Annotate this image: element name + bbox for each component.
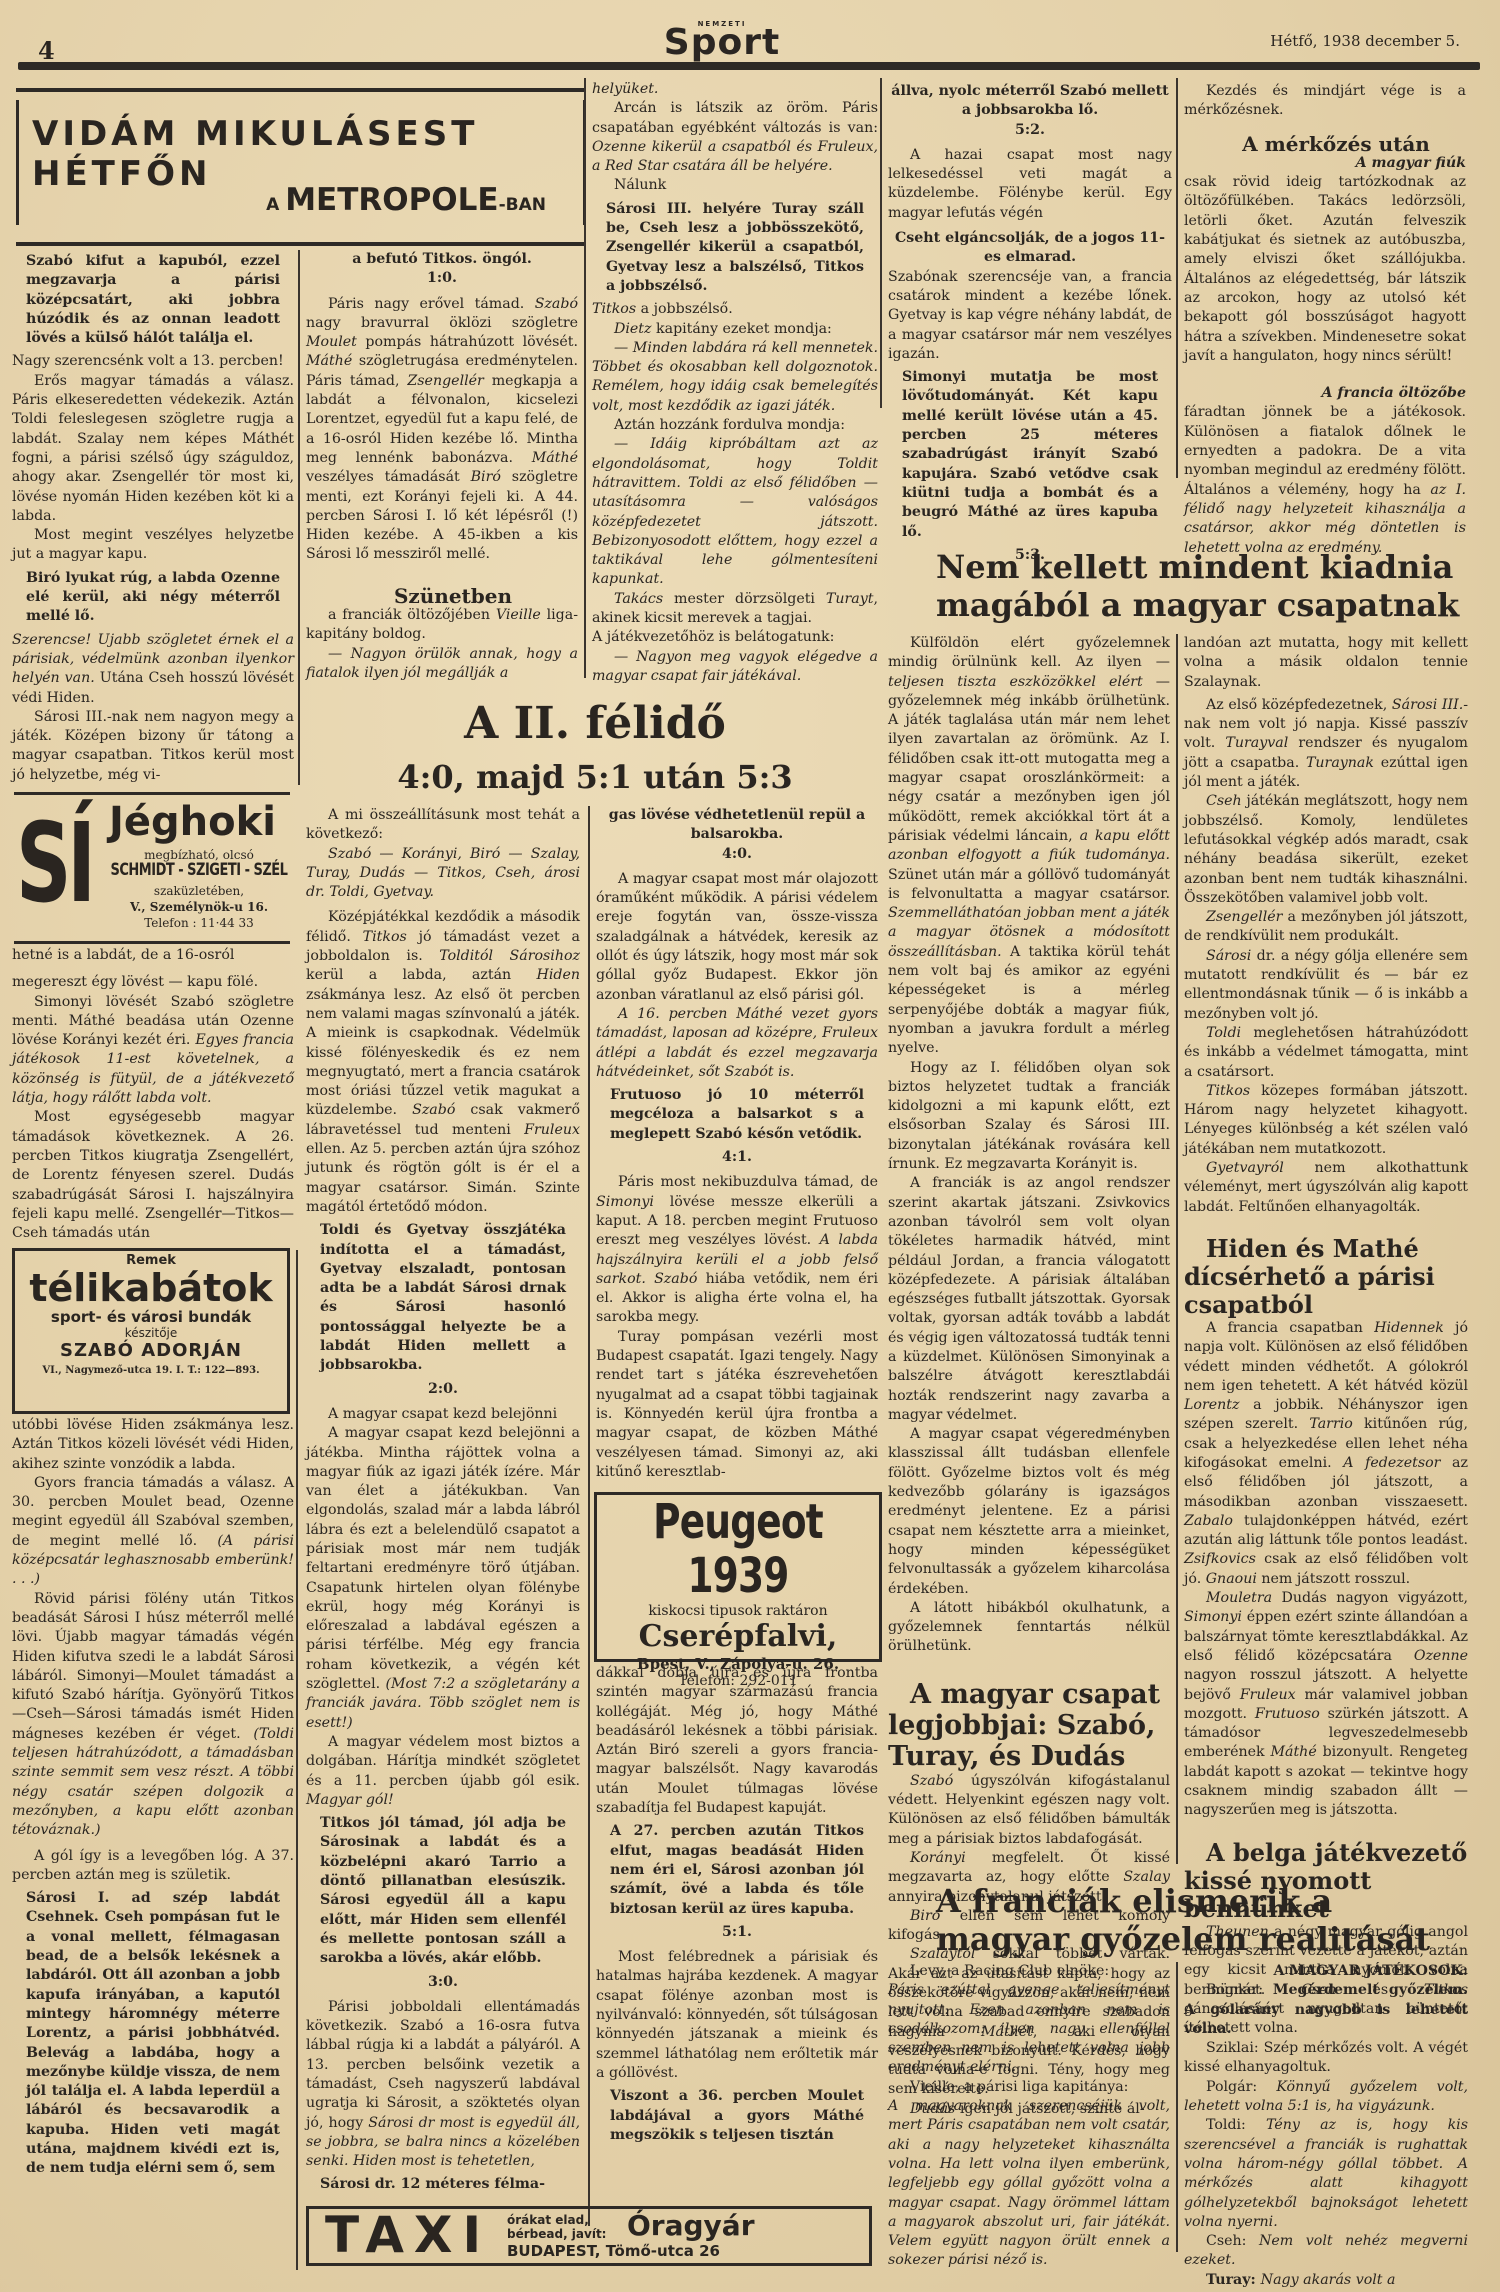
paragraph: megereszt égy lövést — kapu fölé. [12, 973, 294, 992]
paragraph: Rövid párisi fölény után Titkos beadását… [12, 1590, 294, 1841]
highlight-paragraph: Viszont a 36. percben Moulet labdájával … [596, 2083, 878, 2149]
paragraph: Toldi meglehetősen hátrahúzódott és inká… [1184, 1024, 1468, 1082]
highlight-paragraph: Simonyi mutatja be most lövőtudományát. … [888, 364, 1172, 546]
paragraph: Külföldön elért győzelemnek mindig örüln… [888, 634, 1170, 1059]
paragraph: A magyar csapat kezd belejönni a játékba… [306, 1424, 580, 1733]
paragraph: A magyar csapat végeredményben klassziss… [888, 1425, 1170, 1599]
paragraph: Hogy az I. félidőben olyan sok biztos he… [888, 1059, 1170, 1175]
column-3: helyüket. Arcán is látszik az öröm. Pári… [592, 80, 878, 686]
column-divider [1176, 1962, 1178, 2252]
paragraph: A 16. percben Máthé vezet gyors támadást… [596, 1005, 878, 1082]
column-divider [588, 806, 590, 2226]
quote: Turay: Nagy akarás volt a [1184, 2271, 1468, 2290]
taxi-ad-text: órákat elad,bérbead, javít: [507, 2213, 606, 2241]
column-divider [1176, 78, 1178, 478]
score: 2:0. [306, 1380, 580, 1399]
ski-big-letters: SÍ [16, 803, 92, 923]
paragraph: Takács mester dörzsölgeti Turayt, akinek… [592, 590, 878, 629]
paragraph: Nagy szerencsénk volt a 13. percben! [12, 352, 294, 371]
coat-ad-name: SZABÓ ADORJÁN [15, 1340, 287, 1361]
paragraph: Az első középfedezetnek, Sárosi III.-nak… [1184, 696, 1468, 792]
paragraph: Gyetvayról nem alkothattunk véleményt, m… [1184, 1159, 1468, 1217]
score: 1:0. [306, 269, 578, 288]
score: 4:1. [596, 1148, 878, 1167]
article6-column-b: A MAGYAR JÁTÉKOSOK: Bognár: Megérdemelt … [1184, 1962, 1468, 2290]
article-headline: A magyar csapat legjobbjai: Szabó, Turay… [888, 1679, 1170, 1772]
paragraph: Dietz kapitány ezeket mondja: [592, 320, 878, 339]
coat-ad-address: VI., Nagymező-utca 19. I. T.: 122—893. [15, 1365, 287, 1376]
highlight-paragraph: Biró lyukat rúg, a labda Ozenne elé kerü… [12, 565, 294, 631]
paragraph: hetné is a labdát, de a 16-osról [12, 946, 294, 965]
column-3c: dákkal dobja újra és újra frontba szinté… [596, 1664, 878, 2149]
article2-column-b: landóan azt mutatta, hogy mit kellett vo… [1184, 634, 1468, 2038]
paragraph: A mi összeállításunk most tehát a követk… [306, 806, 580, 845]
peugeot-ad-dealer: Cserépfalvi, [597, 1619, 879, 1655]
column-divider [296, 1250, 298, 2270]
banner-subtitle: A METROPOLE-BAN [266, 182, 546, 218]
paragraph: Gyors francia támadás a válasz. A 30. pe… [12, 1474, 294, 1590]
column-3b: gas lövése védhetetlenül repül a balsaro… [596, 806, 878, 1482]
paragraph: A magyar csapat kezd belejönni [306, 1405, 580, 1424]
paragraph: Mouletra Dudás nagyon vigyázott, Simonyi… [1184, 1589, 1468, 1821]
coat-ad-line: készitője [15, 1326, 287, 1340]
highlight-paragraph: A 27. percben azután Titkos elfut, magas… [596, 1818, 878, 1922]
highlight-paragraph: Sárosi I. ad szép labdát Csehnek. Cseh p… [12, 1885, 294, 2182]
quote: Polgár: Könnyű győzelem volt, lehetett v… [1184, 2078, 1468, 2117]
article-headline: A franciák elismerik a magyar győzelem r… [936, 1882, 1476, 1958]
coat-ad: Remek télikabátok sport- és városi bundá… [12, 1248, 290, 1414]
paragraph: A látott hibákból okulhatunk, a győzelem… [888, 1599, 1170, 1657]
subheading: A francia öltözőbe [1184, 384, 1466, 403]
paragraph: Titkos a jobbszélső. [592, 300, 878, 319]
paragraph: A magyar védelem most biztos a dolgában.… [306, 1733, 580, 1810]
highlight-paragraph: Cseht elgáncsolják, de a jogos 11-es elm… [888, 229, 1172, 268]
paragraph: dákkal dobja újra és újra frontba szinté… [596, 1664, 878, 1818]
section-heading: A mérkőzés után [1184, 135, 1466, 154]
column-2b: A mi összeállításunk most tehát a követk… [306, 806, 580, 2199]
highlight-paragraph: Frutuoso jó 10 méterről megcéloza a bals… [596, 1082, 878, 1148]
quote: Páris ezúttal gyenge teljesítményt nyujt… [888, 1981, 1170, 2077]
article6-column-a: Levy, a Racing Club elnöke: Páris ezútta… [888, 1962, 1170, 2271]
paragraph: Sárosi dr. a négy gólja ellenére sem mut… [1184, 947, 1468, 1024]
paragraph: A franciák is az angol rendszer szerint … [888, 1174, 1170, 1425]
column-2: a befutó Titkos. öngól. 1:0. Páris nagy … [306, 250, 578, 683]
paragraph: Levy, a Racing Club elnöke: [888, 1962, 1170, 1981]
goal-line: a befutó Titkos. öngól. [306, 250, 578, 269]
paragraph: Vieille, a párisi liga kapitánya: [888, 2078, 1170, 2097]
paragraph: A hazai csapat most nagy lelkesedéssel v… [888, 146, 1172, 223]
paragraph: utóbbi lövése Hiden zsákmánya lesz. Aztá… [12, 1416, 294, 1474]
second-half-subtitle: 4:0, majd 5:1 után 5:3 [300, 758, 890, 796]
column-1-bottom: utóbbi lövése Hiden zsákmánya lesz. Aztá… [12, 1416, 294, 2183]
paragraph: Arcán is látszik az öröm. Páris csapatáb… [592, 99, 878, 176]
highlight-paragraph: gas lövése védhetetlenül repül a balsaro… [596, 806, 878, 845]
column-divider [880, 78, 882, 408]
ski-ad-title: Jéghoki [109, 799, 276, 845]
quote: Bognár: Megérdemelt győzelem. A gólarány… [1184, 1981, 1468, 2039]
section-heading: Szünetben [306, 587, 578, 606]
highlight-paragraph: Szabó kifut a kapuból, ezzel megzavarja … [12, 248, 294, 352]
paragraph: Szabó úgyszólván kifogástalanul védett. … [888, 1772, 1170, 1849]
header-rule [18, 62, 1480, 70]
paragraph: Most egységesebb magyar támadások követk… [12, 1108, 294, 1243]
quote: Sziklai: Szép mérkőzés volt. A végét kis… [1184, 2039, 1468, 2078]
paragraph: A játékvezetőhöz is belátogatunk: [592, 628, 878, 647]
paragraph: Kezdés és mindjárt vége is a mérkőzésnek… [1184, 82, 1466, 121]
highlight-paragraph: Toldi és Gyetvay összjátéka indította el… [306, 1217, 580, 1379]
article-headline: Nem kellett mindent kiadnia magából a ma… [936, 548, 1476, 624]
paragraph: — Nagyon meg vagyok elégedve a magyar cs… [592, 648, 878, 687]
taxi-ad-address: BUDAPEST, Tömő-utca 26 [507, 2242, 720, 2260]
lineup: Szabó — Korányi, Biró — Szalay, Turay, D… [306, 845, 580, 903]
paragraph: — Minden labdára rá kell mennetek. Többe… [592, 339, 878, 416]
column-divider [1176, 634, 1178, 1864]
quote: A magyaroknak szerencséjük volt, mert Pá… [888, 2097, 1170, 2271]
paragraph: Simonyi lövését Szabó szögletre menti. M… [12, 993, 294, 1109]
paragraph: Aztán hozzánk fordulva mondja: [592, 416, 878, 435]
paragraph: Középjátékkal kezdődik a második félidő.… [306, 908, 580, 1217]
coat-ad-line: sport- és városi bundák [15, 1308, 287, 1326]
highlight-paragraph: Titkos jól támad, jól adja be Sárosinak … [306, 1810, 580, 1972]
column-1-cont: hetné is a labdát, de a 16-osról megeres… [12, 946, 294, 1243]
paragraph: — Idáig kipróbáltam azt az elgondolásoma… [592, 435, 878, 589]
paragraph: Nálunk [592, 176, 878, 195]
column-5: Kezdés és mindjárt vége is a mérkőzésnek… [1184, 82, 1466, 558]
paragraph: Szerencse! Ujabb szögletet érnek el a pá… [12, 631, 294, 708]
masthead-title: Sport [664, 22, 780, 63]
paragraph: Most felébrednek a párisiak és hatalmas … [596, 1948, 878, 2083]
issue-date: Hétfő, 1938 december 5. [1270, 32, 1460, 50]
ski-ad-text: megbízható, olcsó SCHMIDT - SZIGETI - SZ… [109, 847, 289, 931]
paragraph: Cseh játékán meglátszott, hogy nem jobbs… [1184, 792, 1468, 908]
paragraph: — Nagyon örülök annak, hogy a fiatalok i… [306, 645, 578, 684]
highlight-paragraph: Sárosi III. helyére Turay száll be, Cseh… [592, 196, 878, 300]
paragraph: Páris most nekibuzdulva támad, de Simony… [596, 1173, 878, 1327]
paragraph: fáradtan jönnek be a játékosok. Különöse… [1184, 403, 1466, 557]
column-1: Szabó kifut a kapuból, ezzel megzavarja … [12, 248, 294, 785]
quote: Cseh: Nem volt nehéz megverni ezeket. [1184, 2232, 1468, 2271]
peugeot-ad-title: Peugeot 1939 [628, 1495, 848, 1603]
peugeot-ad: Peugeot 1939 kiskocsi tipusok raktáron C… [594, 1492, 882, 1662]
paragraph: A francia csapatban Hidennek jó napja vo… [1184, 1319, 1468, 1589]
score: 4:0. [596, 845, 878, 864]
paragraph: Titkos közepes formában játszott. Három … [1184, 1082, 1468, 1159]
paragraph: landóan azt mutatta, hogy mit kellett vo… [1184, 634, 1468, 692]
paragraph: A gól így is a levegőben lóg. A 37. perc… [12, 1847, 294, 1886]
column-divider [584, 78, 586, 678]
coat-ad-title: télikabátok [15, 1268, 287, 1308]
paragraph: Páris nagy erővel támad. Szabó nagy brav… [306, 295, 578, 565]
paragraph: csak rövid ideig tartózkodnak az öltözőf… [1184, 173, 1466, 366]
banner-ad: VIDÁM MIKULÁSEST HÉTFŐN A METROPOLE-BAN [16, 88, 586, 246]
subheading: A magyar fiúk [1184, 154, 1466, 173]
taxi-ad-title: TAXI [325, 2207, 491, 2263]
taxi-ad: TAXI órákat elad,bérbead, javít: Óragyár… [306, 2206, 872, 2266]
taxi-ad-brand: Óragyár [627, 2209, 755, 2242]
ski-ad: SÍ Jéghoki megbízható, olcsó SCHMIDT - S… [14, 792, 290, 944]
score: 5:1. [596, 1923, 878, 1942]
section-heading: A MAGYAR JÁTÉKOSOK: [1184, 1962, 1468, 1981]
paragraph: Turay pompásan vezérli most Budapest csa… [596, 1328, 878, 1482]
highlight-paragraph: állva, nyolc méterről Szabó mellett a jo… [888, 82, 1172, 121]
paragraph: Párisi jobboldali ellentámadás következi… [306, 1998, 580, 2172]
second-half-title: A II. félidő [300, 698, 890, 749]
score: 3:0. [306, 1973, 580, 1992]
paragraph: Sárosi III.-nak nem nagyon megy a játék.… [12, 708, 294, 785]
masthead-logo: NEMZETI Sport [662, 20, 782, 63]
paragraph: Most megint veszélyes helyzetbe jut a ma… [12, 526, 294, 565]
paragraph: helyüket. [592, 80, 878, 99]
paragraph: a franciák öltözőjében Vieille liga-kapi… [306, 606, 578, 645]
highlight-paragraph: Sárosi dr. 12 méteres félma- [306, 2171, 580, 2198]
article-headline: Hiden és Mathé dícsérhető a párisi csapa… [1184, 1235, 1468, 1319]
page-number: 4 [38, 36, 55, 65]
score: 5:2. [888, 121, 1172, 140]
paragraph: A magyar csapat most már olajozott óramű… [596, 870, 878, 1005]
paragraph: Szabónak szerencséje van, a francia csat… [888, 268, 1172, 364]
quote: Toldi: Tény az is, hogy kis szerencsével… [1184, 2116, 1468, 2232]
newspaper-page: 4 NEMZETI Sport Hétfő, 1938 december 5. … [0, 0, 1500, 2292]
paragraph: Zsengellér a mezőnyben jól játszott, de … [1184, 908, 1468, 947]
peugeot-ad-line: kiskocsi tipusok raktáron [597, 1603, 879, 1619]
column-4: állva, nyolc méterről Szabó mellett a jo… [888, 82, 1172, 565]
paragraph: Erős magyar támadás a válasz. Páris elke… [12, 372, 294, 526]
